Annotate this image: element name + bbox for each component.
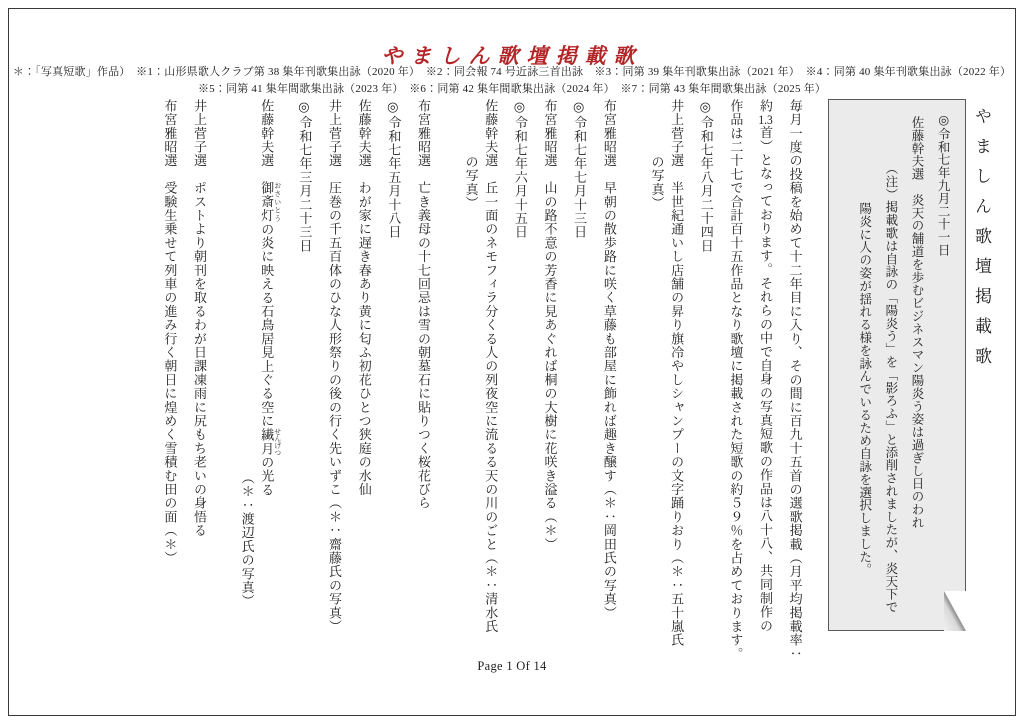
selector-name: 布宮雅昭選	[602, 99, 617, 181]
selector-name: 井上菅子選	[327, 99, 342, 181]
note-remark-line-2: 陽炎に人の姿が揺れる様を詠んでいるため自詠を選択しました。	[858, 110, 871, 616]
poem-column: 佐藤幹夫選わが家に遅き春あり黄に匂ふ初花ひとつ狭庭の水仙	[357, 99, 371, 659]
poem-text: の炎に映える石鳥居見上ぐる空に	[259, 222, 274, 428]
poem-column: 佐藤幹夫選御斎灯おさいとうの炎に映える石鳥居見上ぐる空に繊月せんげつの光る	[260, 99, 282, 659]
intro-line-3: 作品は二十七で合計百十五作品となり歌壇に掲載された短歌の約５９％を占めております…	[729, 99, 743, 659]
intro-line-2-post: 首）となっております。それらの中で自身の写真短歌の作品は八十八、共同制作の	[758, 126, 773, 633]
selector-name: 井上菅子選	[192, 99, 207, 181]
poem-column: 井上菅子選半世紀通いし店舗の昇り旗冷やしシャンプーの文字踊りおり（＊：五十嵐氏	[669, 99, 683, 659]
date-heading: ◎令和七年八月二十四日	[699, 99, 713, 659]
document-page: やましん歌壇掲載歌 ＊：「写真短歌」作品） ※1：山形県歌人クラブ第 38 集年…	[0, 0, 1024, 724]
poem-text: 山の路不意の芳香に見あぐれば桐の大樹に花咲き溢る（＊）	[543, 181, 558, 551]
ruby-reading: せんげつ	[274, 428, 282, 456]
poem-column: 布宮雅昭選早朝の散歩路に咲く草藤も部屋に飾れば趣き醸す（＊：岡田氏の写真）	[602, 99, 616, 659]
poem-column: 井上菅子選ポストより朝刊を取るわが日課凍雨に尻もち老いの身悟る	[192, 99, 206, 659]
selector-name: 布宮雅昭選	[162, 99, 177, 181]
date-heading: ◎令和七年三月二十三日	[298, 99, 312, 659]
note-box: ◎令和七年九月二十一日 佐藤幹夫選炎天の舗道を歩むビジネスマン陽炎う姿は過ぎし日…	[828, 99, 967, 631]
note-date-heading: ◎令和七年九月二十一日	[936, 110, 949, 616]
poem-text: 圧巻の千五百体のひな人形祭りの後の行く先いずこ（＊：齋藤氏の写真）	[327, 181, 342, 633]
intro-line-1: 毎月一度の投稿を始めて十二年目に入り、その間に百九十五首の選歌掲載（月平均掲載率…	[788, 99, 802, 659]
note-remark-line-1: （注）掲載歌は自詠の「陽炎う」を「影ろふ」と添削されましたが、炎天下で	[884, 110, 897, 616]
poem-text: ポストより朝刊を取るわが日課凍雨に尻もち老いの身悟る	[192, 181, 207, 537]
selector-name: 佐藤幹夫選	[259, 99, 274, 181]
note-poem-column: 佐藤幹夫選炎天の舗道を歩むビジネスマン陽炎う姿は過ぎし日のわれ	[910, 110, 923, 616]
selector-name: 佐藤幹夫選	[357, 99, 372, 181]
intro-line-2-pre: 約	[758, 99, 773, 113]
poem-text: 早朝の散歩路に咲く草藤も部屋に飾れば趣き醸す（＊：岡田氏の写真）	[602, 181, 617, 619]
selector-name: 布宮雅昭選	[543, 99, 558, 181]
ruby-base: 御斎灯	[259, 181, 274, 222]
poem-column: 布宮雅昭選受験生乗せて列車の進み行く朝日に煌めく雪積む田の面（＊）	[163, 99, 177, 659]
poem-column: 佐藤幹夫選丘一面のネモフィラ分くる人の列夜空に流るる天の川のごと（＊：清水氏	[484, 99, 498, 659]
selector-name: 佐藤幹夫選	[910, 116, 924, 193]
vertical-text-area: やましん歌壇掲載歌 ◎令和七年九月二十一日 佐藤幹夫選炎天の舗道を歩むビジネスマ…	[46, 99, 990, 659]
poem-text: の光る	[259, 456, 274, 497]
ruby-reading: おさいとう	[274, 181, 282, 222]
vertical-document-title: やましん歌壇掲載歌	[972, 99, 990, 659]
date-heading: ◎令和七年七月十三日	[573, 99, 587, 659]
selector-name: 布宮雅昭選	[416, 99, 431, 181]
ruby-annotated-word: 繊月せんげつ	[259, 428, 274, 456]
selector-name: 井上菅子選	[669, 99, 684, 181]
ruby-base: 繊月	[259, 428, 274, 456]
poem-text: 半世紀通いし店舗の昇り旗冷やしシャンプーの文字踊りおり（＊：五十嵐氏	[669, 181, 684, 647]
date-heading: ◎令和七年六月十五日	[513, 99, 527, 659]
poem-continuation: の写真）	[464, 99, 478, 659]
poem-text: 受験生乗せて列車の進み行く朝日に煌めく雪積む田の面（＊）	[162, 181, 177, 565]
date-heading: ◎令和七年五月十八日	[387, 99, 401, 659]
poem-column: 布宮雅昭選山の路不意の芳香に見あぐれば桐の大樹に花咲き溢る（＊）	[543, 99, 557, 659]
annotation-line-1: ＊：「写真短歌」作品） ※1：山形県歌人クラブ第 38 集年刊歌集出詠（2020…	[0, 63, 1024, 79]
selector-name: 佐藤幹夫選	[483, 99, 498, 181]
poem-continuation: の写真）	[650, 99, 664, 659]
folded-corner	[944, 591, 966, 631]
poem-text: 丘一面のネモフィラ分くる人の列夜空に流るる天の川のごと（＊：清水氏	[483, 181, 498, 633]
poem-column: 井上菅子選圧巻の千五百体のひな人形祭りの後の行く先いずこ（＊：齋藤氏の写真）	[327, 99, 341, 659]
poem-text: 亡き義母の十七回忌は雪の朝墓石に貼りつく桜花びら	[416, 181, 431, 510]
inline-number: 1.3	[758, 113, 773, 126]
annotation-line-2: ※5：同第 41 集年間歌集出詠（2023 年） ※6：同第 42 集年間歌集出…	[0, 80, 1024, 96]
page-footer: Page 1 Of 14	[0, 659, 1024, 674]
ruby-annotated-word: 御斎灯おさいとう	[259, 181, 274, 222]
poem-column: 布宮雅昭選亡き義母の十七回忌は雪の朝墓石に貼りつく桜花びら	[416, 99, 430, 659]
intro-line-2: 約1.3首）となっております。それらの中で自身の写真短歌の作品は八十八、共同制作…	[758, 99, 772, 659]
poem-continuation: （＊：渡辺氏の写真）	[240, 99, 254, 659]
poem-text: わが家に遅き春あり黄に匂ふ初花ひとつ狭庭の水仙	[357, 181, 372, 496]
poem-text: 炎天の舗道を歩むビジネスマン陽炎う姿は過ぎし日のわれ	[910, 193, 924, 528]
